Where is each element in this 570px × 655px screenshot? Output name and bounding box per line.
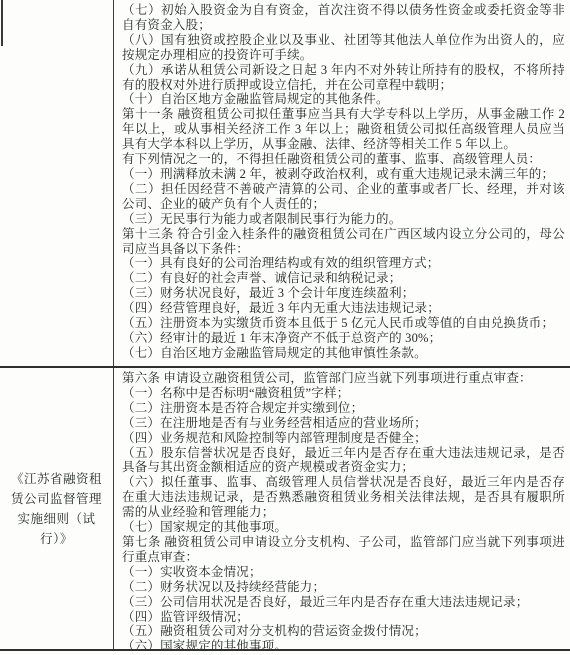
clause-line: （一）具有良好的公司治理结构或有效的组织管理方式； [122, 256, 565, 271]
clause-line: （六）拟任董事、监事、高级管理人员信誉状况是否良好，最近三年内是否存在重大违法违… [122, 475, 565, 520]
clause-line: （五）融资租赁公司对分支机构的营运资金拨付情况； [122, 624, 565, 639]
clause-line: （一）刑满释放未满 2 年，被剥夺政治权利，或有重大违规记录未满三年的； [122, 167, 565, 182]
clause-line: （二）有良好的社会声誉、诚信记录和纳税记录； [122, 271, 565, 286]
clause-line: （四）业务规范和风险控制等内部管理制度是否健全； [122, 431, 565, 446]
table-left-border [1, 0, 3, 46]
clause-line: （七）国家规定的其他事项。 [122, 520, 565, 535]
clause-line: （三）在注册地是否有与业务经营相适应的营业场所； [122, 416, 565, 431]
clause-line: （六）经审计的最近 1 年末净资产不低于总资产的 30%； [122, 331, 565, 346]
clause-line: （四）经营管理良好，最近 3 年内无重大违法违规记录； [122, 301, 565, 316]
clause-line: （一）实收资本金情况； [122, 565, 565, 580]
clause-line: （五）股东信誉状况是否良好，最近三年内是否存在重大违法违规记录，是否具备与其出资… [122, 446, 565, 476]
clause-line: 有下列情况之一的，不得担任融资租赁公司的董事、监事、高级管理人员： [122, 152, 565, 167]
clause-line: 第六条 申请设立融资租赁公司，监管部门应当就下列事项进行重点审查： [122, 371, 565, 386]
clause-line: （四）监管评级情况； [122, 610, 565, 625]
clause-line: 第七条 融资租赁公司申请设立分支机构、子公司，监管部门应当就下列事项进行重点审查… [122, 535, 565, 565]
scanned-regulation-table-page: （七）初始入股资金为自有资金，首次注资不得以债务性资金或委托资金等非自有资金入股… [0, 0, 570, 655]
row-label-cell: 《江苏省融资租赁公司监督管理实施细则（试行）》 [0, 368, 114, 649]
clause-line: （六）国家规定的其他事项。 [122, 639, 565, 649]
clause-line: （七）自治区地方金融监管局规定的其他审慎性条款。 [122, 346, 565, 361]
clause-line: （九）承诺从租赁公司新设之日起 3 年内不对外转让所持有的股权，不将所持有的股权… [122, 63, 565, 93]
row-content-cell: （七）初始入股资金为自有资金，首次注资不得以债务性资金或委托资金等非自有资金入股… [114, 0, 570, 366]
clause-line: （二）担任因经营不善破产清算的公司、企业的董事或者厂长、经理，并对该公司、企业的… [122, 182, 565, 212]
clause-line: （五）注册资本为实缴货币资本且低于 5 亿元人民币或等值的自由兑换货币； [122, 316, 565, 331]
clause-line: （十）自治区地方金融监管局规定的其他条件。 [122, 92, 565, 107]
clause-line: （二）财务状况以及持续经营能力； [122, 580, 565, 595]
clause-line: （八）国有独资或控股企业以及事业、社团等其他法人单位作为出资人的，应按规定办理相… [122, 33, 565, 63]
clause-line: （一）名称中是否标明“融资租赁”字样； [122, 386, 565, 401]
clause-line: （三）公司信用状况是否良好，最近三年内是否存在重大违法违规记录； [122, 595, 565, 610]
row-content-cell: 第六条 申请设立融资租赁公司，监管部门应当就下列事项进行重点审查：（一）名称中是… [114, 368, 570, 649]
clause-line: （三）财务状况良好，最近 3 个会计年度连续盈利； [122, 286, 565, 301]
row-label-cell [0, 0, 114, 366]
table-row: 《江苏省融资租赁公司监督管理实施细则（试行）》 第六条 申请设立融资租赁公司，监… [0, 368, 570, 651]
clause-line: 第十一条 融资租赁公司拟任董事应当具有大学专科以上学历，从事金融工作 2 年以上… [122, 107, 565, 152]
clause-line: （三）无民事行为能力或者限制民事行为能力的。 [122, 212, 565, 227]
table-row: （七）初始入股资金为自有资金，首次注资不得以债务性资金或委托资金等非自有资金入股… [0, 0, 570, 368]
clause-line: （二）注册资本是否符合规定并实缴到位； [122, 401, 565, 416]
clause-line: 第十三条 符合引金入桂条件的融资租赁公司在广西区域内设立分公司的，母公司应当具备… [122, 227, 565, 257]
regulation-title-label: 《江苏省融资租赁公司监督管理实施细则（试行）》 [0, 469, 113, 549]
clause-line: （七）初始入股资金为自有资金，首次注资不得以债务性资金或委托资金等非自有资金入股… [122, 3, 565, 33]
